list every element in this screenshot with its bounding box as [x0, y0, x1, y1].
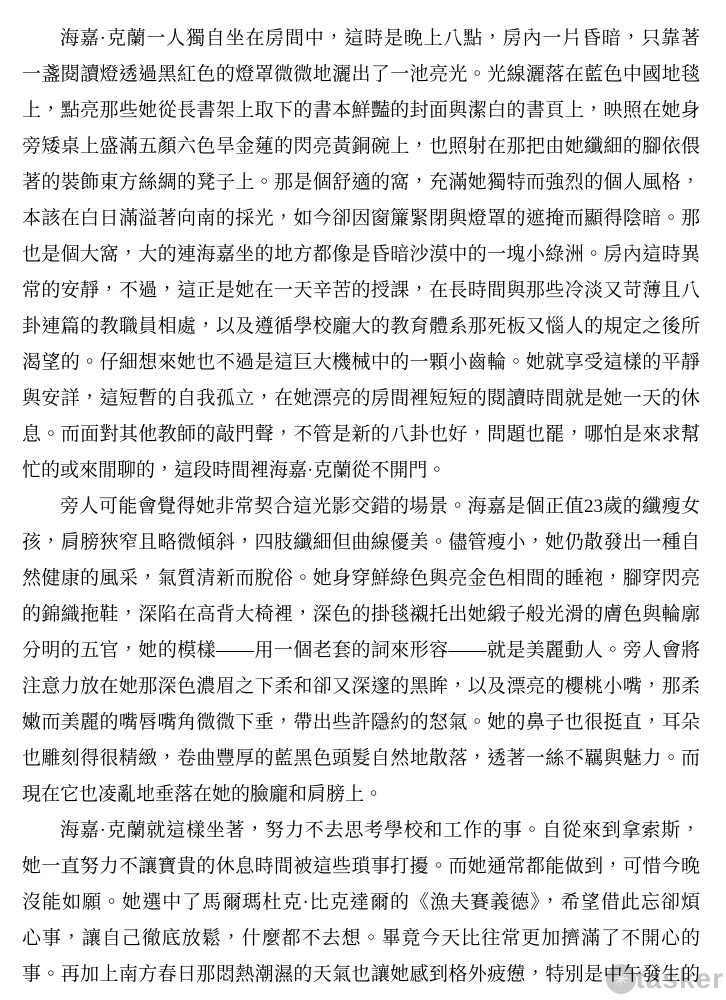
text-line: 嫩而美麗的嘴唇嘴角微微下垂，帶出些許隱約的怒氣。她的鼻子也很挺直，耳朵: [22, 705, 700, 741]
text-line: 與安詳，這短暫的自我孤立，在她漂亮的房間裡短短的閱讀時間就是她一天的休: [22, 381, 700, 417]
paragraph-3: 海嘉·克蘭就這樣坐著，努力不去思考學校和工作的事。自從來到拿索斯， 她一直努力不…: [22, 813, 700, 993]
text-line: 海嘉·克蘭就這樣坐著，努力不去思考學校和工作的事。自從來到拿索斯，: [22, 813, 700, 849]
text-line: 一盞閱讀燈透過黑紅色的燈罩微微地灑出了一池亮光。光線灑落在藍色中國地毯: [22, 57, 700, 93]
text-line: 海嘉·克蘭一人獨自坐在房間中，這時是晚上八點，房內一片昏暗，只靠著: [22, 21, 700, 57]
text-line: 事。再加上南方春日那悶熱潮濕的天氣也讓她感到格外疲憊，特別是中午發生的: [22, 957, 700, 993]
paragraph-2: 旁人可能會覺得她非常契合這光影交錯的場景。海嘉是個正值23歲的纖瘦女 孩，肩膀狹…: [22, 489, 700, 813]
text-line: 孩，肩膀狹窄且略微傾斜，四肢纖細但曲線優美。儘管瘦小，她仍散發出一種自: [22, 525, 700, 561]
text-line: 現在它也凌亂地垂落在她的臉龐和肩膀上。: [22, 777, 700, 813]
text-line: 忙的或來閒聊的，這段時間裡海嘉·克蘭從不開門。: [22, 453, 700, 489]
text-line: 息。而面對其他教師的敲門聲，不管是新的八卦也好，問題也罷，哪怕是來求幫: [22, 417, 700, 453]
text-line: 心事，讓自己徹底放鬆，什麼都不去想。畢竟今天比往常更加擠滿了不開心的: [22, 921, 700, 957]
text-line: 沒能如願。她選中了馬爾瑪杜克·比克達爾的《漁夫賽義德》，希望借此忘卻煩: [22, 885, 700, 921]
text-line: 上，點亮那些她從長書架上取下的書本鮮豔的封面與潔白的書頁上，映照在她身: [22, 93, 700, 129]
text-line: 她一直努力不讓寶貴的休息時間被這些瑣事打擾。而她通常都能做到，可惜今晚: [22, 849, 700, 885]
text-line: 旁人可能會覺得她非常契合這光影交錯的場景。海嘉是個正值23歲的纖瘦女: [22, 489, 700, 525]
document-page: 海嘉·克蘭一人獨自坐在房間中，這時是晚上八點，房內一片昏暗，只靠著 一盞閱讀燈透…: [0, 0, 726, 993]
text-line: 的錦織拖鞋，深陷在高背大椅裡，深色的掛毯襯托出她緞子般光滑的膚色與輪廓: [22, 597, 700, 633]
text-line: 分明的五官，她的模樣——用一個老套的詞來形容——就是美麗動人。旁人會將: [22, 633, 700, 669]
text-line: 渴望的。仔細想來她也不過是這巨大機械中的一顆小齒輪。她就享受這樣的平靜: [22, 345, 700, 381]
text-line: 本該在白日滿溢著向南的採光，如今卻因窗簾緊閉與燈罩的遮掩而顯得陰暗。那: [22, 201, 700, 237]
text-line: 也是個大窩，大的連海嘉坐的地方都像是昏暗沙漠中的一塊小綠洲。房內這時異: [22, 237, 700, 273]
text-line: 卦連篇的教職員相處，以及遵循學校龐大的教育體系那死板又惱人的規定之後所: [22, 309, 700, 345]
text-line: 著的裝飾東方絲綢的凳子上。那是個舒適的窩，充滿她獨特而強烈的個人風格，: [22, 165, 700, 201]
text-line: 注意力放在她那深色濃眉之下柔和卻又深邃的黑眸，以及漂亮的櫻桃小嘴，那柔: [22, 669, 700, 705]
text-line: 常的安靜，不過，這正是她在一天辛苦的授課，在長時間與那些冷淡又苛薄且八: [22, 273, 700, 309]
text-line: 旁矮桌上盛滿五顏六色旱金蓮的閃亮黃銅碗上，也照射在那把由她纖細的腳依偎: [22, 129, 700, 165]
text-line: 也雕刻得很精緻，卷曲豐厚的藍黑色頭髮自然地散落，透著一絲不羈與魅力。而: [22, 741, 700, 777]
text-line: 然健康的風采，氣質清新而脫俗。她身穿鮮綠色與亮金色相間的睡袍，腳穿閃亮: [22, 561, 700, 597]
paragraph-1: 海嘉·克蘭一人獨自坐在房間中，這時是晚上八點，房內一片昏暗，只靠著 一盞閱讀燈透…: [22, 21, 700, 489]
